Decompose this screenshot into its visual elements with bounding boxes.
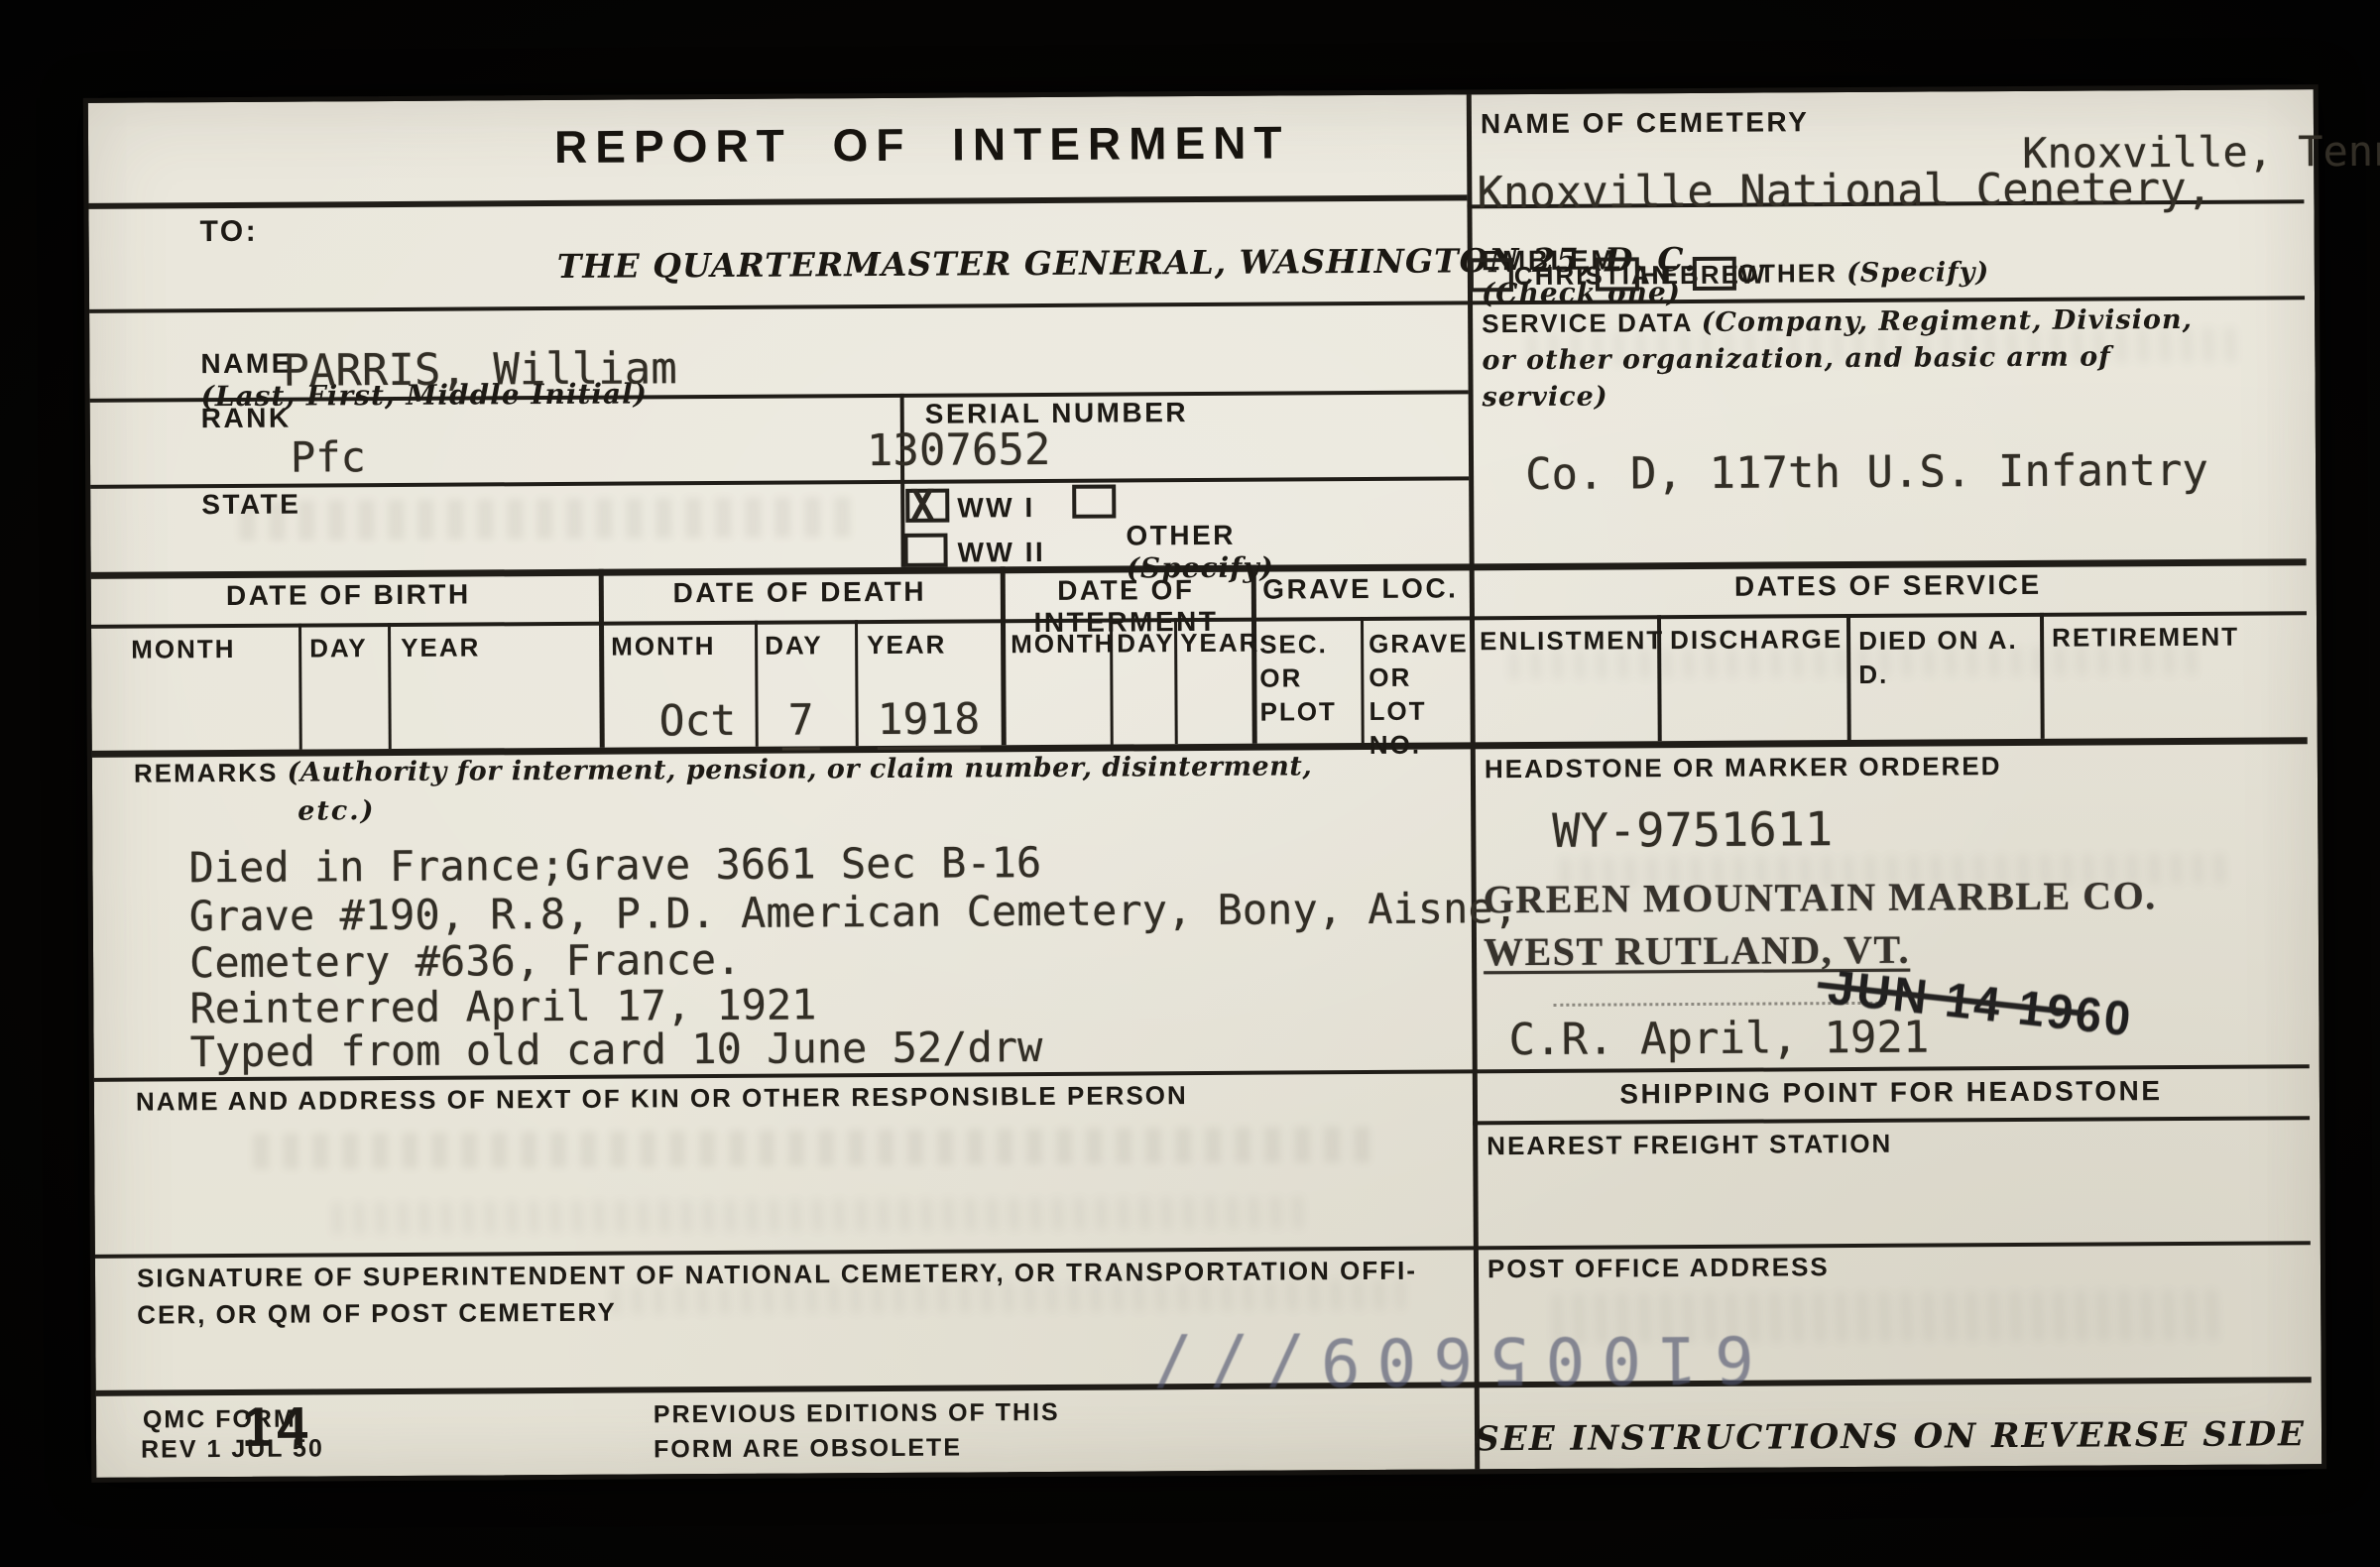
service-data-label: SERVICE DATA (Company, Regiment, Divisio… <box>1482 304 2193 339</box>
grave-loc-header: GRAVE LOC. <box>1251 572 1470 605</box>
emblem-other-label-paren: (Specify) <box>1846 257 1989 289</box>
christian-checkbox <box>1470 258 1513 292</box>
divider <box>1473 1116 2310 1125</box>
vendor-stamp-line1: GREEN MOUNTAIN MARBLE CO. <box>1484 872 2157 922</box>
death-day-label: DAY <box>765 630 823 661</box>
emblem-other-checkbox <box>1693 257 1736 291</box>
other-war-label-text: OTHER <box>1126 520 1236 551</box>
ww2-label: WW II <box>957 537 1045 569</box>
signature-label-line2: CER, OR QM OF POST CEMETERY <box>137 1297 617 1331</box>
headstone-order-number: WY-9751611 <box>1552 802 1833 859</box>
divider <box>388 623 392 749</box>
birth-day-label: DAY <box>309 633 368 663</box>
rank-value: Pfc <box>291 432 366 481</box>
headstone-label: HEADSTONE OR MARKER ORDERED <box>1485 751 2002 784</box>
freight-station-label: NEAREST FREIGHT STATION <box>1487 1129 1892 1161</box>
service-data-label-text: SERVICE DATA <box>1482 307 1692 338</box>
state-label: STATE <box>201 489 300 522</box>
birth-month-label: MONTH <box>131 634 236 665</box>
death-month-value: Oct <box>658 696 736 746</box>
dates-of-service-header: DATES OF SERVICE <box>1470 567 2307 604</box>
other-war-checkbox <box>1072 485 1116 519</box>
scanned-document-background: REPORT OF INTERMENT TO: THE QUARTERMASTE… <box>0 0 2380 1567</box>
form-title: REPORT OF INTERMENT <box>554 115 1290 174</box>
to-label: TO: <box>199 215 258 249</box>
bleed-through-artifact <box>239 497 854 541</box>
ww1-checkbox: X <box>905 489 949 523</box>
hebrew-checkbox <box>1596 257 1639 291</box>
name-label-text: NAME <box>200 348 293 380</box>
instructions-note: SEE INSTRUCTIONS ON REVERSE SIDE <box>1475 1414 2306 1459</box>
obsolete-note-line2: FORM ARE OBSOLETE <box>654 1434 962 1465</box>
cemetery-label: NAME OF CEMETERY <box>1481 106 1810 140</box>
rank-label: RANK <box>201 403 292 435</box>
ww1-label: WW I <box>957 492 1035 524</box>
remarks-label-text: REMARKS <box>134 758 279 788</box>
service-data-paren-line3: service) <box>1483 382 1608 414</box>
interment-month-label: MONTH <box>1011 629 1116 661</box>
died-on-ad-label: DIED ON A. D. <box>1858 623 2027 691</box>
bleed-through-artifact <box>333 1196 1305 1234</box>
discharge-label: DISCHARGE <box>1670 624 1843 656</box>
divider <box>298 624 302 750</box>
remarks-label-paren2: etc.) <box>297 795 375 826</box>
remarks-line-2: Grave #190, R.8, P.D. American Cemetery,… <box>189 884 1518 940</box>
retirement-label: RETIREMENT <box>2052 622 2239 654</box>
emblem-other-label: OTHER (Specify) <box>1737 257 1990 290</box>
interment-year-label: YEAR <box>1180 628 1259 659</box>
remarks-line-1: Died in France;Grave 3661 Sec B-16 <box>188 838 1041 892</box>
death-year-value: 1918 <box>877 694 980 750</box>
death-year-label: YEAR <box>867 630 946 661</box>
remarks-line-3: Cemetery #636, France. <box>189 935 742 987</box>
ww1-checkmark: X <box>910 482 934 530</box>
form-number: 14 <box>242 1394 312 1459</box>
shipping-point-header: SHIPPING POINT FOR HEADSTONE <box>1473 1074 2310 1111</box>
next-of-kin-label: NAME AND ADDRESS OF NEXT OF KIN OR OTHER… <box>136 1078 1455 1117</box>
date-of-death-header: DATE OF DEATH <box>599 575 1001 609</box>
birth-year-label: YEAR <box>401 632 480 663</box>
service-data-paren-line1: (Company, Regiment, Division, <box>1702 304 2193 338</box>
obsolete-note-line1: PREVIOUS EDITIONS OF THIS <box>654 1398 1060 1430</box>
ww2-checkbox <box>903 534 947 567</box>
enlistment-label: ENLISTMENT <box>1480 625 1664 657</box>
death-day-value: 7 <box>781 695 819 750</box>
other-war-label: OTHER (Specify) <box>1126 488 1274 585</box>
grave-sec-plot-label: SEC. OR PLOT <box>1259 627 1360 729</box>
interment-day-label: DAY <box>1117 628 1175 659</box>
remarks-line-5: Typed from old card 10 June 52/drw <box>189 1023 1042 1076</box>
post-office-label: POST OFFICE ADDRESS <box>1487 1252 1830 1284</box>
divider <box>1361 617 1365 743</box>
death-month-label: MONTH <box>611 631 716 663</box>
service-data-value: Co. D, 117th U.S. Infantry <box>1525 445 2208 500</box>
date-of-birth-header: DATE OF BIRTH <box>98 578 599 613</box>
service-data-paren-line2: or other organization, and basic arm of <box>1482 341 2111 376</box>
cr-note-value: C.R. April, 1921 <box>1508 1013 1929 1066</box>
divider <box>88 194 1467 208</box>
interment-form-card: REPORT OF INTERMENT TO: THE QUARTERMASTE… <box>83 84 2326 1483</box>
divider <box>755 621 759 747</box>
emblem-other-label-text: OTHER <box>1737 258 1838 289</box>
inverted-accession-stamp: 61005609/// <box>950 1321 1753 1402</box>
grave-lot-no-label: GRAVE OR LOT NO. <box>1368 626 1467 762</box>
serial-number-value: 1307652 <box>867 424 1051 476</box>
name-value: PARRIS, William <box>283 343 677 396</box>
bleed-through-artifact <box>253 1127 1383 1169</box>
remarks-label-paren: (Authority for interment, pension, or cl… <box>288 751 1313 787</box>
divider <box>855 620 859 746</box>
cemetery-name-value: Knoxville National Cenetery, <box>1477 164 2212 219</box>
